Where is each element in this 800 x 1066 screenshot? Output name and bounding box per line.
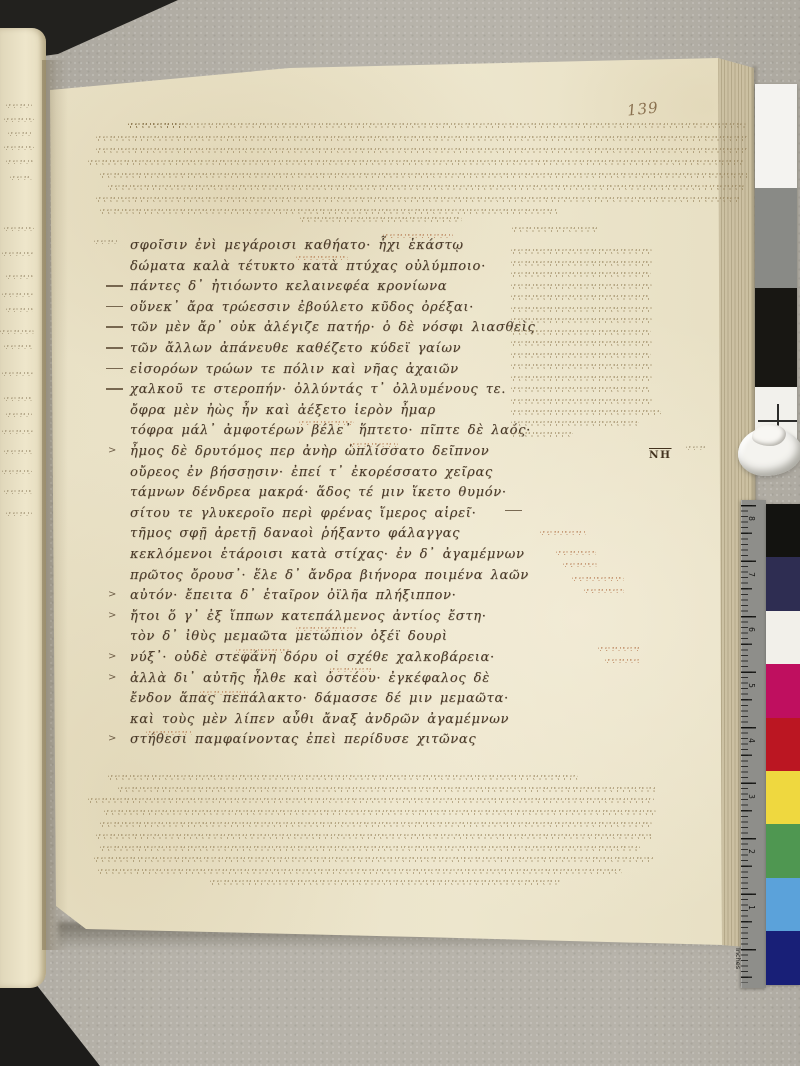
color-patch	[766, 931, 800, 984]
bottom-scholium-line	[100, 822, 652, 827]
red-gloss	[383, 234, 453, 238]
main-text-line: αὐτόν· ἔπειτα δ᾽ ἑταῖρον ὀϊλῆα πλήξιππον…	[130, 588, 456, 604]
right-scholium-line	[511, 353, 651, 358]
ruler-number: 3	[747, 794, 756, 799]
main-text-line: χαλκοῦ τε στεροπήν· ὀλλύντάς τ᾽ ὀλλυμένο…	[130, 382, 506, 398]
diple-mark: >	[108, 651, 116, 662]
ruler-number: 5	[747, 683, 756, 688]
ruler-number: 2	[747, 849, 756, 854]
facing-page-text-fragment	[4, 118, 34, 122]
ruler-number: 6	[747, 627, 756, 632]
facing-page-text-fragment	[6, 160, 33, 164]
facing-page-text-fragment	[4, 397, 33, 401]
main-text-line: τῶν μὲν ἄρ᾽ οὐκ ἀλέγιζε πατήρ· ὁ δὲ νόσφ…	[130, 320, 535, 336]
color-patch	[766, 771, 800, 824]
red-gloss	[605, 659, 641, 663]
right-scholium-line	[511, 410, 661, 415]
folio-number: 139	[626, 98, 659, 119]
top-scholium-incipit	[128, 123, 184, 128]
top-scholium-line	[96, 197, 740, 202]
facing-page-text-fragment	[6, 308, 33, 312]
main-text-line: τόφρα μάλ᾽ ἀμφοτέρων βέλε᾽ ἥπτετο· πῖπτε…	[130, 423, 531, 439]
red-gloss	[296, 627, 356, 631]
color-patch	[766, 504, 800, 557]
facing-page-text-fragment	[10, 176, 32, 180]
obelos-mark	[106, 306, 123, 308]
right-scholium-line	[511, 376, 652, 381]
right-scholium-line	[511, 249, 652, 254]
main-text-line: πάντες δ᾽ ἠτιόωντο κελαινεφέα κρονίωνα	[130, 279, 447, 295]
main-text-line: ἤτοι ὅ γ᾽ ἐξ ἵππων κατεπάλμενος ἀντίος ἔ…	[130, 609, 487, 625]
main-text-line: τῆμος σφῇ ἀρετῇ δαναοὶ ῥήξαντο φάλαγγας	[130, 526, 460, 542]
facing-page-text-fragment	[2, 252, 34, 256]
facing-page-text-fragment	[8, 132, 32, 136]
bottom-scholium-line	[94, 857, 654, 862]
main-text-line: πρῶτος ὄρουσ᾽· ἕλε δ᾽ ἄνδρα βιήνορα ποιμ…	[130, 568, 529, 584]
red-gloss	[540, 531, 586, 535]
facing-page-text-fragment	[6, 413, 32, 417]
top-scholium-line	[108, 185, 745, 190]
main-text-line: κεκλόμενοι ἑτάροισι κατὰ στίχας· ἐν δ᾽ ἀ…	[130, 547, 525, 563]
gutter-shadow	[42, 60, 68, 950]
main-text-line: ὄφρα μὲν ἠὼς ἦν καὶ ἀέξετο ἱερὸν ἦμαρ	[130, 403, 436, 419]
ruler-number: 4	[747, 738, 756, 743]
main-text-line: ἦμος δὲ δρυτόμος περ ἀνὴρ ὡπλίσσατο δεῖπ…	[130, 444, 489, 460]
right-scholium-line	[511, 432, 573, 437]
right-scholium-line	[511, 272, 651, 277]
facing-page-text-fragment	[4, 227, 34, 231]
right-scholium-line	[511, 399, 653, 404]
ruler-number: 1	[747, 905, 756, 910]
top-scholium-line	[100, 209, 558, 214]
color-patch	[766, 718, 800, 771]
right-scholium-line	[511, 307, 653, 312]
top-scholium-line	[128, 123, 746, 128]
red-gloss	[572, 577, 624, 581]
main-text-line: τὸν δ᾽ ἰθὺς μεμαῶτα μετώπιον ὀξέϊ δουρὶ	[130, 629, 448, 645]
color-patch	[766, 664, 800, 717]
main-text-line: τάμνων δένδρεα μακρά· ἅδος τέ μιν ἵκετο …	[130, 485, 507, 501]
right-scholium-line	[511, 364, 653, 369]
diple-mark: >	[108, 610, 116, 621]
top-scholium-line	[300, 217, 462, 222]
facing-page-text-fragment	[6, 512, 32, 516]
right-scholium-line	[511, 341, 652, 346]
diple-mark: >	[108, 733, 116, 744]
right-scholium-line	[511, 387, 650, 392]
facing-page-text-fragment	[2, 372, 33, 376]
main-text-line: εἰσορόων τρώων τε πόλιν καὶ νῆας ἀχαιῶν	[130, 362, 459, 378]
right-scholium-line	[511, 421, 639, 426]
main-text-line: οὔρεος ἐν βήσσῃσιν· ἐπεί τ᾽ ἐκορέσσατο χ…	[130, 465, 493, 481]
main-text-line: δώματα καλὰ τέτυκτο κατὰ πτύχας οὐλύμποι…	[130, 259, 486, 275]
diple-mark: >	[108, 445, 116, 456]
main-text-line: ἀλλὰ δι᾽ αὐτῆς ἦλθε καὶ ὀστέου· ἐγκέφαλο…	[130, 671, 490, 687]
manuscript-photo: 139 ΝΗ σφοῖσιν ἐνὶ μεγάροισι καθήατο· ἧχ…	[0, 0, 800, 1066]
bottom-scholium-line	[88, 798, 654, 803]
right-scholium-line	[511, 261, 653, 266]
color-patch	[766, 824, 800, 877]
color-patch	[766, 611, 800, 664]
bottom-scholium-line	[104, 810, 656, 815]
facing-page-text-fragment	[2, 293, 33, 297]
main-text-line: τῶν ἄλλων ἀπάνευθε καθέζετο κύδεϊ γαίων	[130, 341, 461, 357]
right-scholium-line	[511, 284, 652, 289]
red-gloss	[146, 731, 192, 735]
top-scholium-line	[88, 160, 744, 165]
color-calibration-strip	[766, 504, 800, 985]
bottom-scholium-line	[96, 834, 652, 839]
main-text-line: καὶ τοὺς μὲν λίπεν αὖθι ἄναξ ἀνδρῶν ἀγαμ…	[130, 712, 509, 728]
color-patch	[766, 557, 800, 610]
facing-page-text-fragment	[4, 146, 34, 150]
right-scholium-line	[511, 318, 652, 323]
ruler-number: 8	[747, 516, 756, 521]
red-gloss	[236, 649, 291, 653]
facing-page-edge	[0, 28, 46, 988]
bottom-scholium-line	[108, 775, 578, 780]
facing-page-text-fragment	[6, 275, 33, 279]
top-scholium-line	[100, 173, 748, 178]
main-text-line: οὕνεκ᾽ ἄρα τρώεσσιν ἐβούλετο κῦδος ὀρέξα…	[130, 300, 474, 316]
facing-page-text-fragment	[2, 470, 32, 474]
main-text-line: νύξ᾽· οὐδὲ στεφάνη δόρυ οἱ σχέθε χαλκοβά…	[130, 650, 495, 666]
bottom-scholium-line	[100, 846, 640, 851]
facing-page-text-fragment	[2, 430, 33, 434]
main-text-line: στήθεσι παμφαίνοντας ἐπεὶ περίδυσε χιτῶν…	[130, 732, 476, 748]
tissue-wad	[752, 424, 786, 446]
red-gloss	[350, 443, 398, 447]
red-gloss	[200, 691, 248, 695]
main-text-line: ἔνδον ἅπας πεπάλακτο· δάμασσε δέ μιν μεμ…	[130, 691, 509, 707]
bottom-scholium-line	[98, 869, 622, 874]
color-patch	[766, 878, 800, 931]
marginal-note	[686, 446, 706, 450]
marginal-note	[94, 240, 118, 244]
red-gloss	[299, 421, 354, 425]
red-gloss	[584, 589, 624, 593]
red-gloss	[556, 551, 596, 555]
right-scholium-line	[511, 295, 650, 300]
obelos-mark	[106, 285, 123, 287]
bottom-scholium-line	[210, 880, 560, 885]
obelos-mark	[106, 388, 123, 390]
bottom-scholium-line	[118, 787, 656, 792]
obelos-mark	[106, 368, 123, 370]
right-scholium-line	[511, 330, 651, 335]
top-scholium-line	[96, 148, 748, 153]
red-gloss	[598, 647, 642, 651]
obelos-mark	[106, 347, 123, 349]
diple-mark: >	[108, 589, 116, 600]
main-text-line: σφοῖσιν ἐνὶ μεγάροισι καθήατο· ἧχι ἑκάστ…	[130, 238, 464, 254]
grayscale-patch	[755, 188, 797, 288]
diple-mark: >	[108, 672, 116, 683]
facing-page-text-fragment	[6, 104, 32, 108]
facing-page-text-fragment	[4, 345, 33, 349]
facing-page-text-fragment	[0, 330, 34, 334]
top-scholium-line	[512, 227, 598, 232]
top-scholium-line	[96, 136, 748, 141]
facing-page-text-fragment	[4, 450, 33, 454]
facing-page-text-fragment	[4, 490, 32, 494]
red-gloss	[330, 668, 372, 672]
obelos-mark	[106, 326, 123, 328]
ruler-number: 7	[747, 572, 756, 577]
ruler-label: Inches	[734, 948, 742, 969]
red-gloss	[563, 563, 597, 567]
red-gloss	[296, 256, 348, 260]
quire-mark: ΝΗ	[649, 449, 672, 461]
grayscale-patch	[755, 84, 797, 188]
main-text-line: σίτου τε γλυκεροῖο περὶ φρένας ἵμερος αἱ…	[130, 506, 476, 522]
obelos-mark-right	[505, 510, 522, 512]
grayscale-patch	[755, 288, 797, 387]
grayscale-calibration-strip	[755, 84, 797, 387]
